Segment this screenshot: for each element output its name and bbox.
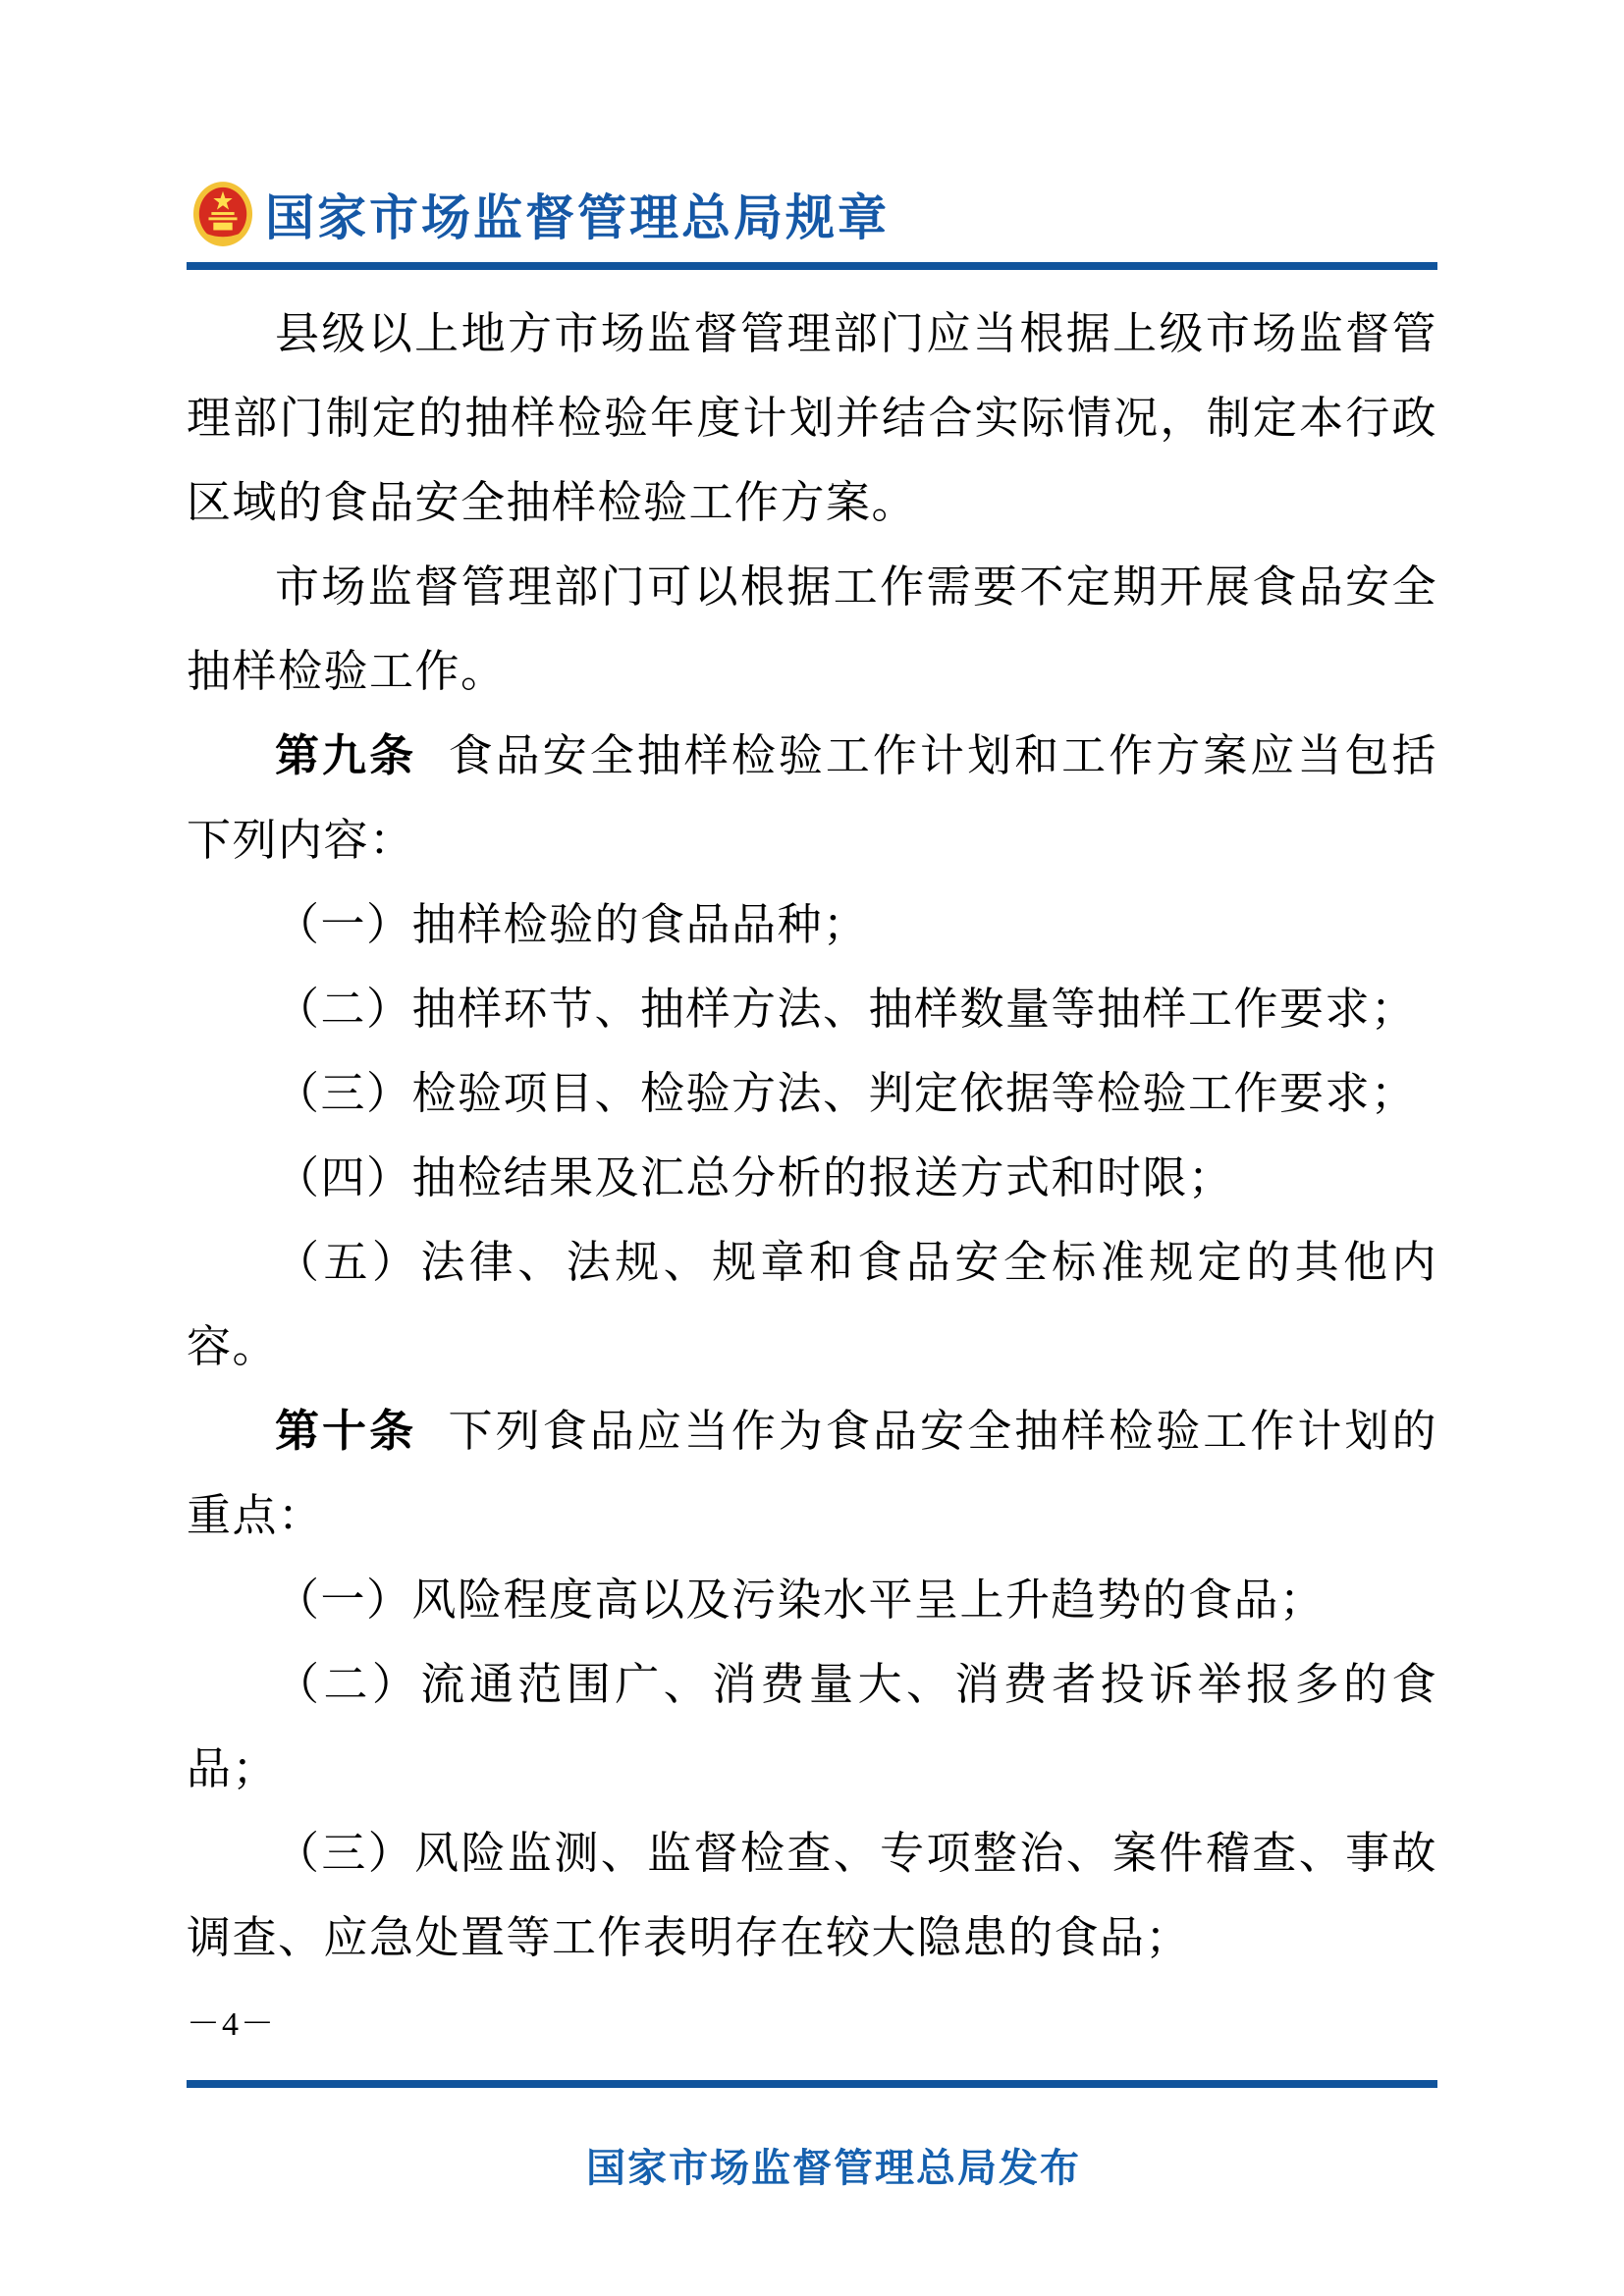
paragraph-text: （四）抽检结果及汇总分析的报送方式和时限； [275,1153,1234,1202]
doc-header: 国家市场监督管理总局规章 [0,0,1624,249]
article-number: 第九条 [275,730,416,780]
doc-page: 国家市场监督管理总局规章 县级以上地方市场监督管理部门应当根据上级市场监督管理部… [0,0,1624,2296]
paragraph-text: （二）抽样环节、抽样方法、抽样数量等抽样工作要求； [275,985,1417,1034]
article-number: 第十条 [275,1406,416,1456]
paragraph: （一）风险程度高以及污染水平呈上升趋势的食品； [187,1558,1437,1642]
page-number: －4－ [187,2005,1624,2045]
paragraph: 市场监督管理部门可以根据工作需要不定期开展食品安全抽样检验工作。 [187,545,1437,714]
paragraph: （二）流通范围广、消费量大、消费者投诉举报多的食品； [187,1642,1437,1811]
paragraph: （三）检验项目、检验方法、判定依据等检验工作要求； [187,1051,1437,1136]
paragraph-text: 市场监督管理部门可以根据工作需要不定期开展食品安全抽样检验工作。 [187,562,1437,696]
paragraph: （一）抽样检验的食品品种； [187,882,1437,967]
paragraph-text: （三）风险监测、监督检查、专项整治、案件稽查、事故调查、应急处置等工作表明存在较… [187,1829,1437,1962]
paragraph-text: （三）检验项目、检验方法、判定依据等检验工作要求； [275,1069,1417,1118]
paragraph-text: （一）抽样检验的食品品种； [275,900,869,949]
paragraph: （五）法律、法规、规章和食品安全标准规定的其他内容。 [187,1220,1437,1389]
page-title: 国家市场监督管理总局规章 [265,179,890,249]
footer-divider [187,2080,1437,2088]
paragraph-text: 县级以上地方市场监督管理部门应当根据上级市场监督管理部门制定的抽样检验年度计划并… [187,309,1437,527]
paragraph-text: （五）法律、法规、规章和食品安全标准规定的其他内容。 [187,1238,1437,1371]
paragraph: （四）抽检结果及汇总分析的报送方式和时限； [187,1136,1437,1220]
paragraph-text: （一）风险程度高以及污染水平呈上升趋势的食品； [275,1575,1326,1625]
publisher-label: 国家市场监督管理总局发布 [0,2137,1624,2193]
paragraph-text: （二）流通范围广、消费量大、消费者投诉举报多的食品； [187,1660,1437,1793]
paragraph: （二）抽样环节、抽样方法、抽样数量等抽样工作要求； [187,967,1437,1051]
paragraph: 第九条食品安全抽样检验工作计划和工作方案应当包括下列内容： [187,714,1437,882]
doc-body: 县级以上地方市场监督管理部门应当根据上级市场监督管理部门制定的抽样检验年度计划并… [187,292,1437,1980]
paragraph: 第十条下列食品应当作为食品安全抽样检验工作计划的重点： [187,1389,1437,1558]
paragraph: 县级以上地方市场监督管理部门应当根据上级市场监督管理部门制定的抽样检验年度计划并… [187,292,1437,545]
national-emblem-icon [192,181,253,247]
header-divider [187,262,1437,270]
paragraph: （三）风险监测、监督检查、专项整治、案件稽查、事故调查、应急处置等工作表明存在较… [187,1811,1437,1980]
